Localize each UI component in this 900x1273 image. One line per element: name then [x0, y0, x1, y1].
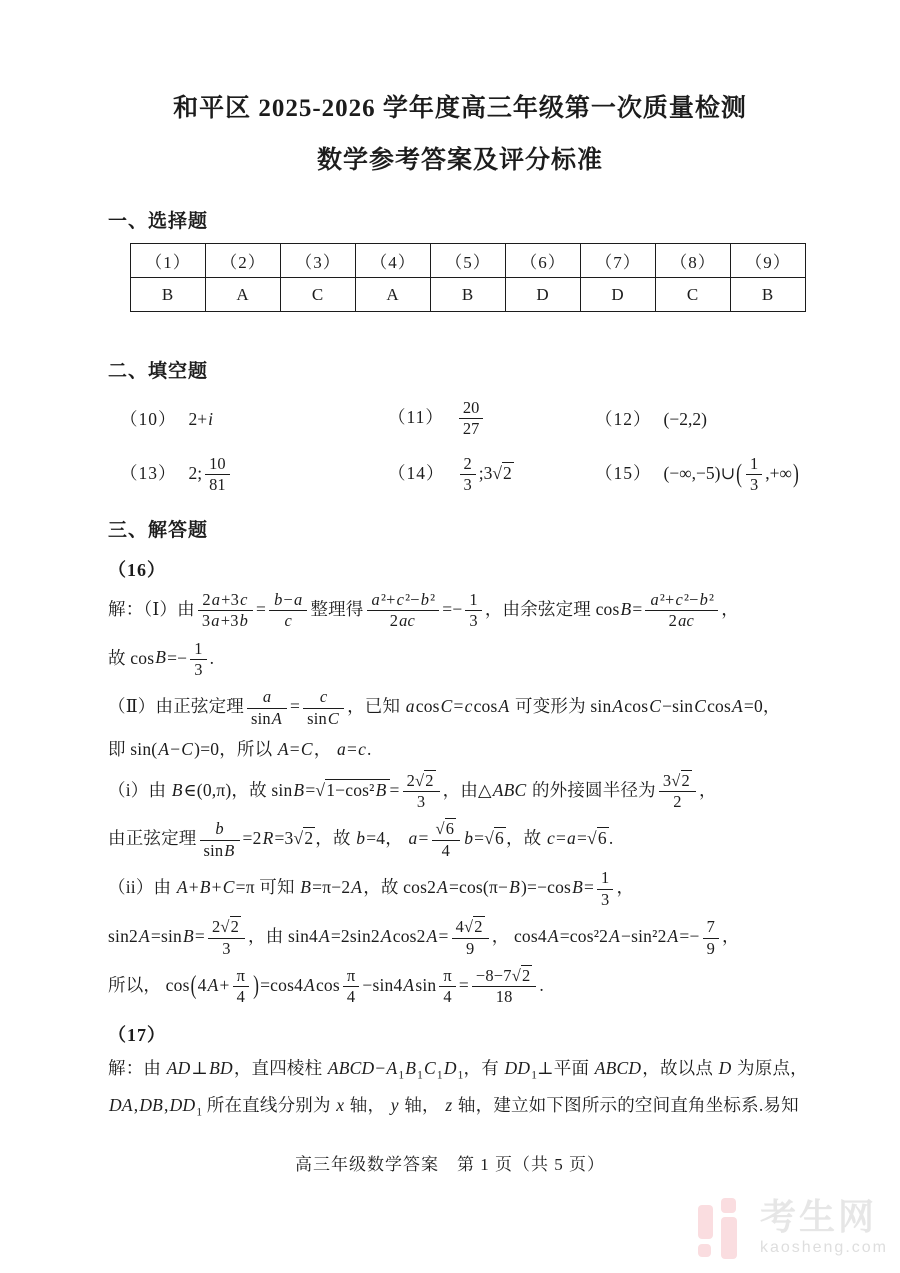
blank-answer-14: （14）23;3√2 [388, 455, 595, 495]
blank-answer-10: （10）2+i [120, 406, 388, 431]
choice-q4-answer: A [356, 278, 431, 312]
choice-q5-label: （5） [431, 244, 506, 278]
choice-answer-table: （1） （2） （3） （4） （5） （6） （7） （8） （9） B A … [130, 243, 806, 312]
watermark-site-url: kaosheng.com [760, 1239, 888, 1257]
blank-answer-15: （15）(−∞,−5)∪(13,+∞) [595, 455, 812, 495]
blank-12-value: (−2,2) [664, 409, 707, 429]
solution-16-line-2: 故 cosB=−13. [108, 640, 812, 680]
blank-answers-row-1: （10）2+i （11）2027 （12）(−2,2) [120, 399, 812, 439]
solution-16-line-6: 由正弦定理bsinB=2R=3√2，故 b=4， a=√64b=√6，故 c=a… [108, 820, 812, 860]
answer-sheet-page: 和平区 2025-2026 学年度高三年级第一次质量检测 数学参考答案及评分标准… [0, 88, 900, 1121]
blank-answers-row-2: （13）2;1081 （14）23;3√2 （15）(−∞,−5)∪(13,+∞… [120, 455, 812, 495]
section-solution-heading: 三、解答题 [108, 515, 812, 542]
blank-10-label: （10） [120, 409, 177, 429]
solution-16-line-1: 解：（Ⅰ）由2a+3c3a+3b=b−ac整理得a²+c²−b²2ac=−13，… [108, 591, 812, 631]
page-title: 和平区 2025-2026 学年度高三年级第一次质量检测 [108, 88, 812, 124]
blank-11-label: （11） [388, 407, 444, 427]
blank-10-value: 2+i [189, 409, 215, 429]
blank-14-label: （14） [388, 463, 445, 483]
page-footer: 高三年级数学答案 第 1 页（共 5 页） [0, 1150, 900, 1175]
choice-q9-answer: B [731, 278, 806, 312]
kaosheng-logo-icon [698, 1198, 750, 1262]
solution-16-line-9: 所以， cos(4A+π4)=cos4Acosπ4−sin4Asinπ4=−8−… [108, 967, 812, 1007]
choice-q3-label: （3） [281, 244, 356, 278]
blank-answer-13: （13）2;1081 [120, 455, 388, 495]
blank-13-value: 2;1081 [189, 463, 233, 483]
blank-15-value: (−∞,−5)∪(13,+∞) [664, 463, 800, 483]
blank-answer-11: （11）2027 [388, 399, 595, 439]
choice-q8-label: （8） [656, 244, 731, 278]
choice-q4-label: （4） [356, 244, 431, 278]
blank-answer-12: （12）(−2,2) [595, 406, 812, 431]
solution-16-line-3: （Ⅱ）由正弦定理asinA=csinC，已知 acosC=ccosA 可变形为 … [108, 688, 812, 728]
choice-q5-answer: B [431, 278, 506, 312]
choice-q1-label: （1） [131, 244, 206, 278]
question-17-label: （17） [108, 1021, 812, 1047]
choice-header-row: （1） （2） （3） （4） （5） （6） （7） （8） （9） [131, 244, 806, 278]
choice-q8-answer: C [656, 278, 731, 312]
kaosheng-watermark: 考生网 kaosheng.com [698, 1198, 888, 1262]
choice-q6-answer: D [506, 278, 581, 312]
choice-q1-answer: B [131, 278, 206, 312]
blank-11-value: 2027 [456, 407, 486, 427]
choice-q2-label: （2） [206, 244, 281, 278]
blank-15-label: （15） [595, 463, 652, 483]
choice-q7-label: （7） [581, 244, 656, 278]
choice-q2-answer: A [206, 278, 281, 312]
solution-16-line-4: 即 sin(A−C)=0，所以 A=C， a=c. [108, 737, 812, 762]
choice-answer-row: B A C A B D D C B [131, 278, 806, 312]
question-16-label: （16） [108, 556, 812, 582]
choice-q7-answer: D [581, 278, 656, 312]
blank-14-value: 23;3√2 [457, 463, 514, 483]
choice-q3-answer: C [281, 278, 356, 312]
blank-12-label: （12） [595, 409, 652, 429]
solution-16-line-5: （i）由 B∈(0,π)，故 sinB=√1−cos²B=2√23，由△ABC … [108, 772, 812, 812]
page-subtitle: 数学参考答案及评分标准 [108, 140, 812, 176]
section-blank-heading: 二、填空题 [108, 356, 812, 383]
blank-13-label: （13） [120, 463, 177, 483]
choice-q9-label: （9） [731, 244, 806, 278]
section-choice-heading: 一、选择题 [108, 206, 812, 233]
solution-16-line-8: sin2A=sinB=2√23，由 sin4A=2sin2Acos2A=4√29… [108, 918, 812, 958]
solution-17-line-2: DA,DB,DD1 所在直线分别为 x 轴， y 轴， z 轴，建立如下图所示的… [108, 1093, 812, 1121]
solution-17-line-1: 解：由 AD⊥BD，直四棱柱 ABCD−A1B1C1D1，有 DD1⊥平面 AB… [108, 1056, 812, 1084]
choice-q6-label: （6） [506, 244, 581, 278]
watermark-site-name: 考生网 [760, 1198, 888, 1236]
solution-16-line-7: （ii）由 A+B+C=π 可知 B=π−2A，故 cos2A=cos(π−B)… [108, 869, 812, 909]
